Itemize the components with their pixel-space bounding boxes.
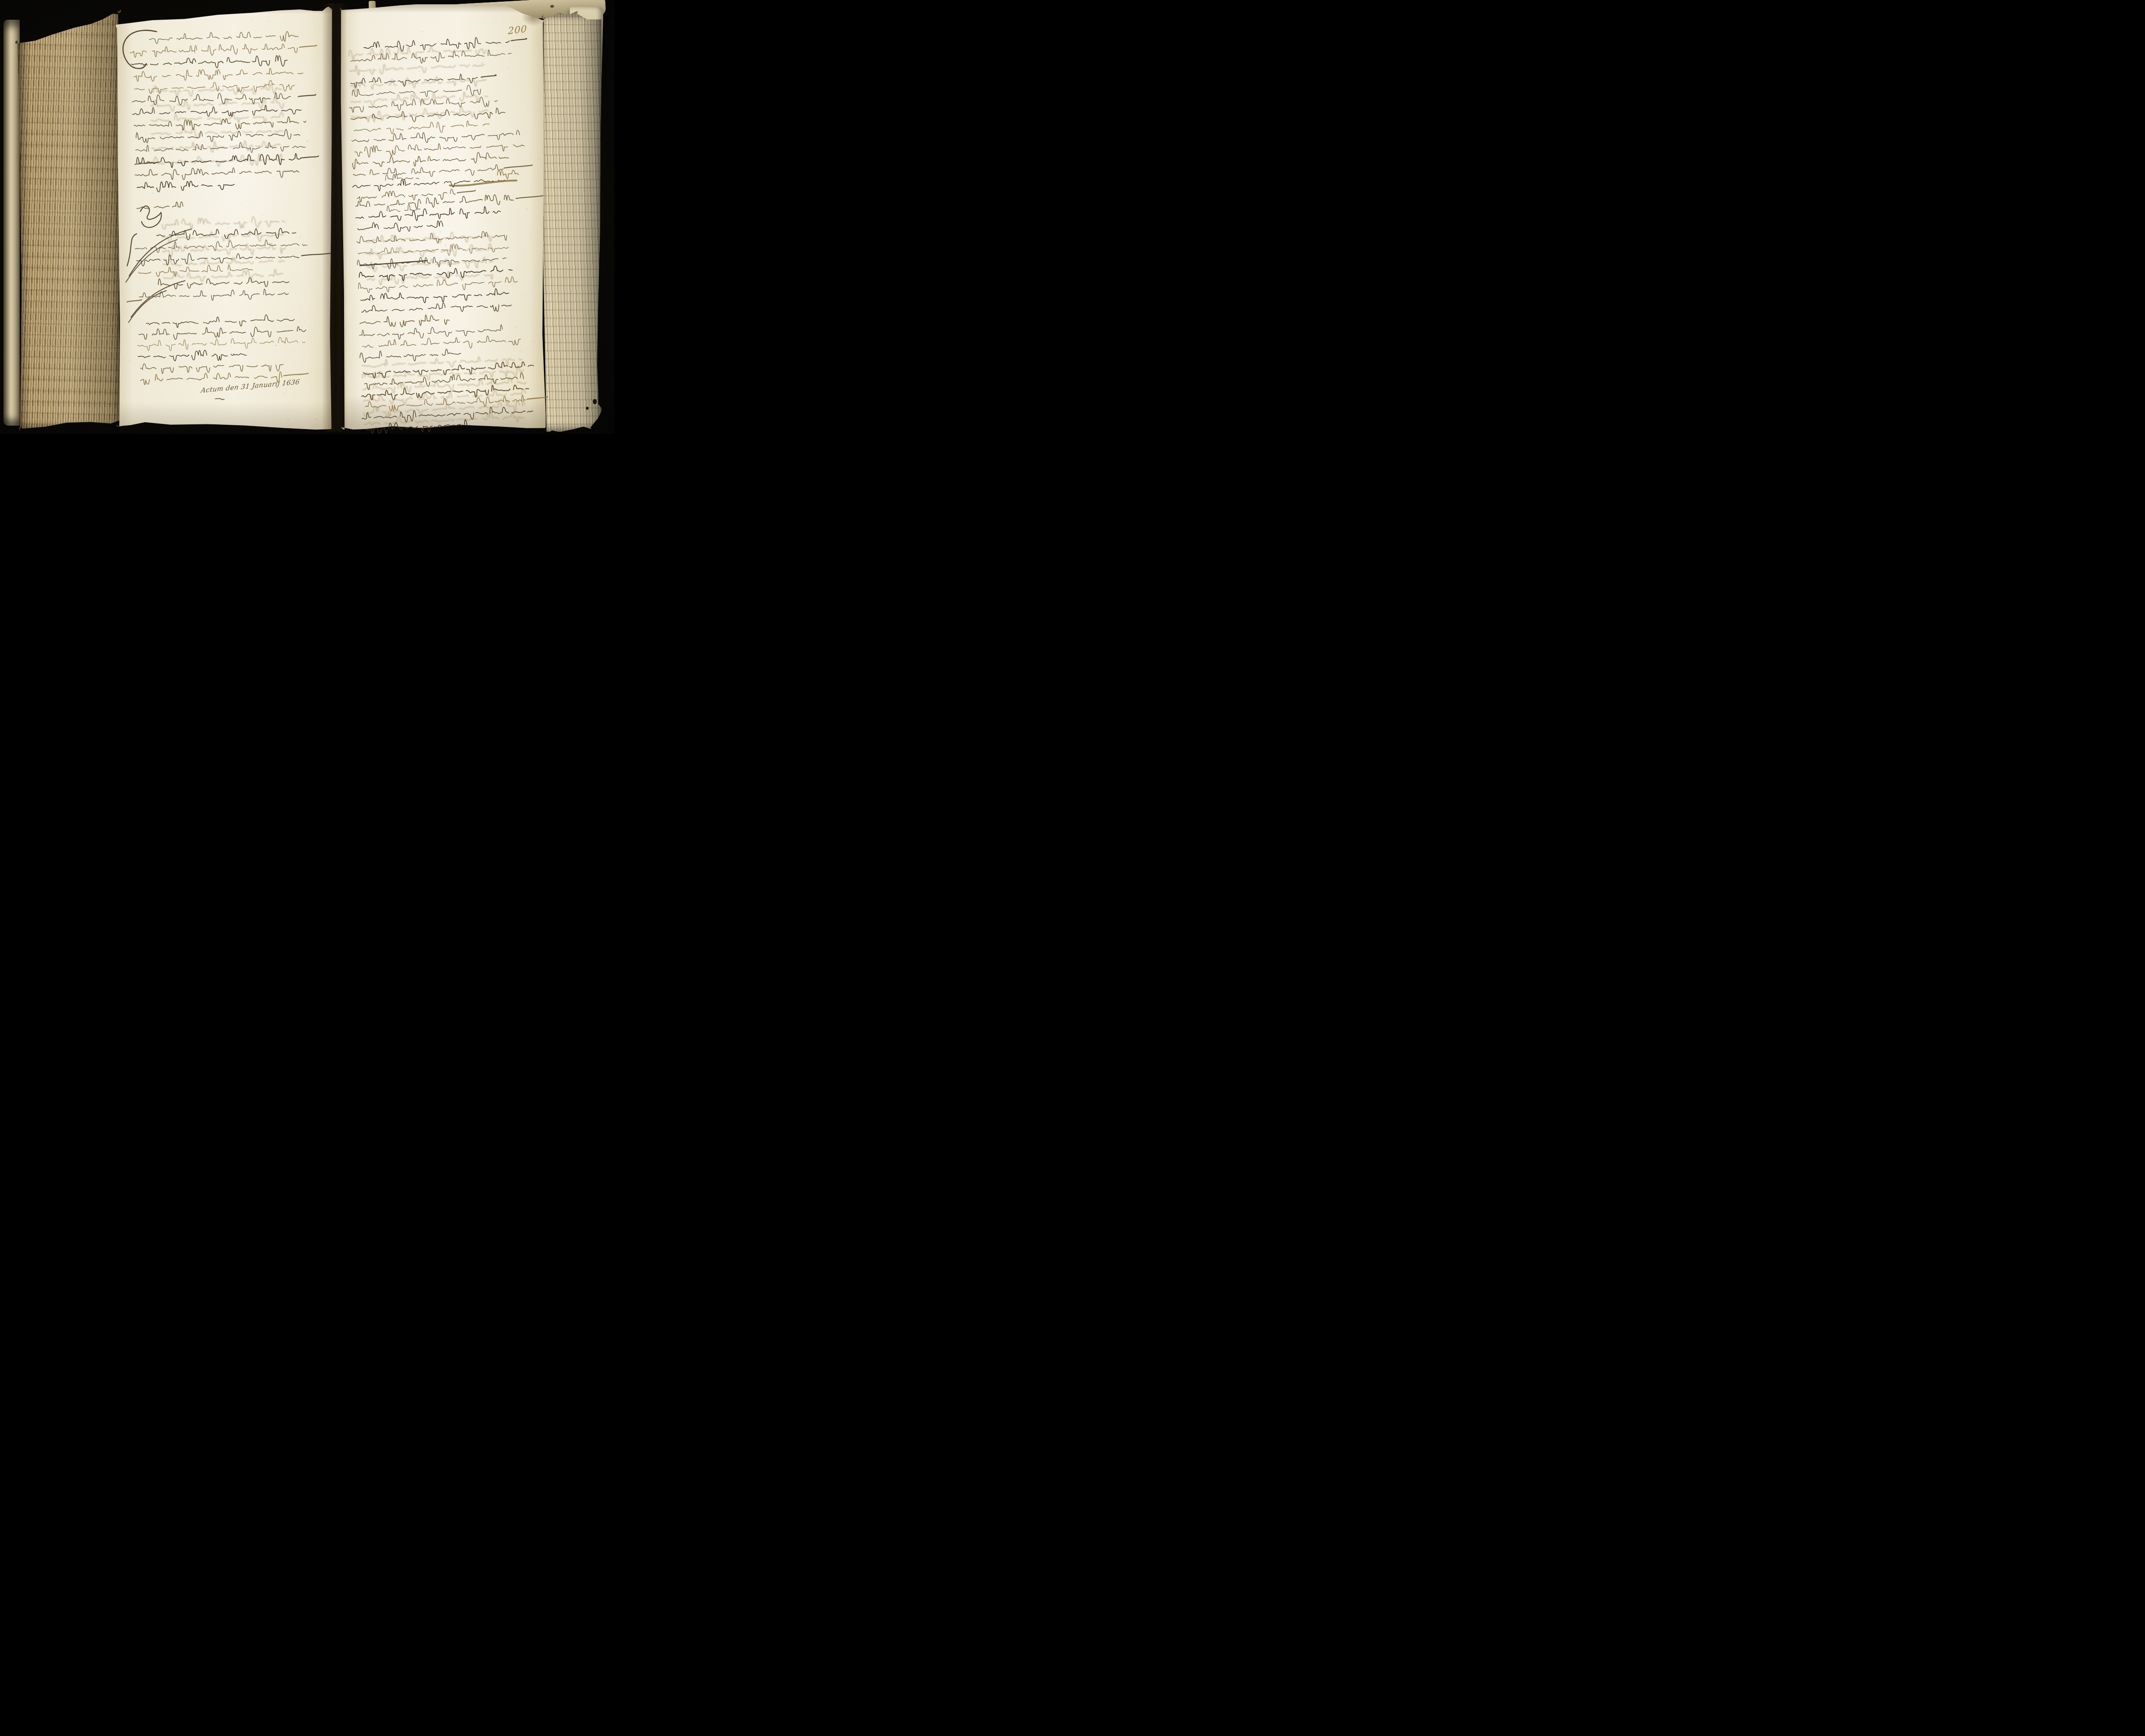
handwriting-text <box>120 26 334 402</box>
handwriting-layer <box>0 0 614 434</box>
bleed-through-text <box>349 42 528 428</box>
manuscript-photo: 200 Actum den 31 Januarij 1636 <box>0 0 614 434</box>
